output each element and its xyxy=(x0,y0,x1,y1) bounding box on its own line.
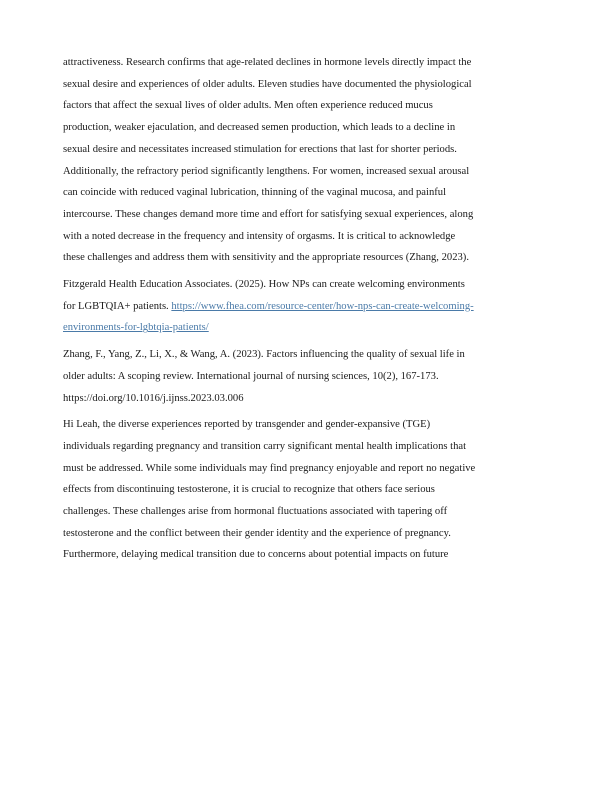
text-line: environments-for-lgbtqia-patients/ xyxy=(63,317,433,339)
text-line: Furthermore, delaying medical transition… xyxy=(63,544,433,566)
text-line: must be addressed. While some individual… xyxy=(63,458,433,480)
text-line: intercourse. These changes demand more t… xyxy=(63,204,433,226)
text-line: Zhang, F., Yang, Z., Li, X., & Wang, A. … xyxy=(63,344,433,366)
text-line: can coincide with reduced vaginal lubric… xyxy=(63,182,433,204)
reference-link[interactable]: https://www.fhea.com/resource-center/how… xyxy=(171,301,473,312)
reference-zhang: Zhang, F., Yang, Z., Li, X., & Wang, A. … xyxy=(63,344,433,409)
text-line: Hi Leah, the diverse experiences reporte… xyxy=(63,414,433,436)
text-line: effects from discontinuing testosterone,… xyxy=(63,479,433,501)
reference-fhea: Fitzgerald Health Education Associates. … xyxy=(63,274,433,339)
body-paragraph-aging: attractiveness. Research confirms that a… xyxy=(63,52,433,269)
reference-text: for LGBTQIA+ patients. xyxy=(63,301,171,312)
reference-link-continued[interactable]: environments-for-lgbtqia-patients/ xyxy=(63,322,209,333)
text-line: production, weaker ejaculation, and decr… xyxy=(63,117,433,139)
text-line: older adults: A scoping review. Internat… xyxy=(63,366,433,388)
document-page: attractiveness. Research confirms that a… xyxy=(63,52,433,571)
text-line: these challenges and address them with s… xyxy=(63,247,433,269)
text-line: sexual desire and necessitates increased… xyxy=(63,139,433,161)
text-line: with a noted decrease in the frequency a… xyxy=(63,226,433,248)
doi-text: https://doi.org/10.1016/j.ijnss.2023.03.… xyxy=(63,388,433,410)
text-line: for LGBTQIA+ patients. https://www.fhea.… xyxy=(63,296,433,318)
text-line: sexual desire and experiences of older a… xyxy=(63,74,433,96)
text-line: testosterone and the conflict between th… xyxy=(63,523,433,545)
body-paragraph-reply: Hi Leah, the diverse experiences reporte… xyxy=(63,414,433,566)
text-line: challenges. These challenges arise from … xyxy=(63,501,433,523)
text-line: Fitzgerald Health Education Associates. … xyxy=(63,274,433,296)
text-line: individuals regarding pregnancy and tran… xyxy=(63,436,433,458)
text-line: factors that affect the sexual lives of … xyxy=(63,95,433,117)
text-line: Additionally, the refractory period sign… xyxy=(63,161,433,183)
text-line: attractiveness. Research confirms that a… xyxy=(63,52,433,74)
